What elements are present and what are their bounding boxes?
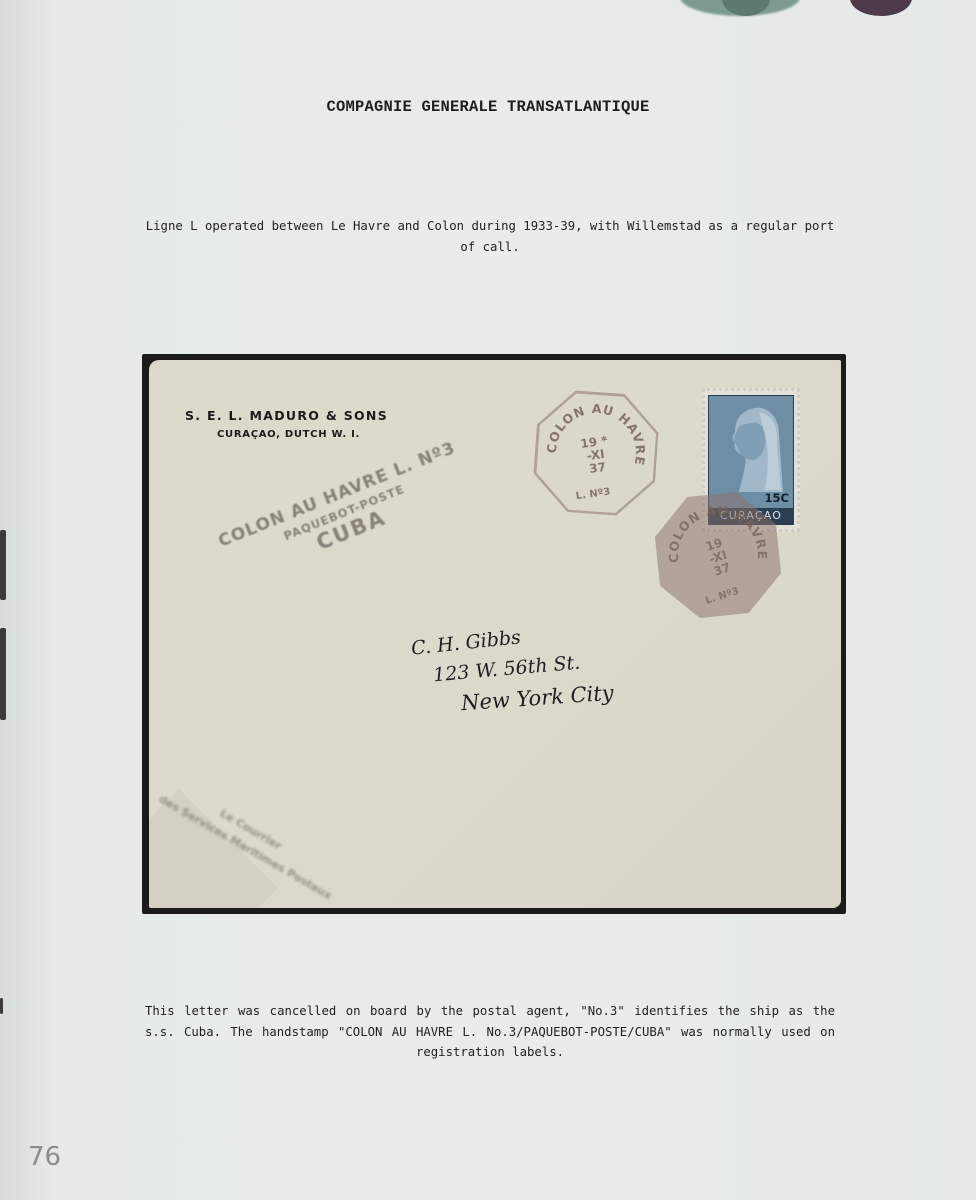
edge-mark bbox=[0, 530, 6, 600]
envelope-cover: S. E. L. MADURO & SONS CURAÇAO, DUTCH W.… bbox=[149, 360, 841, 908]
queen-portrait-icon bbox=[725, 404, 783, 492]
sender-address: CURAÇAO, DUTCH W. I. bbox=[217, 429, 360, 440]
paquebot-handstamp: COLON AU HAVRE L. Nº3 PAQUEBOT-POSTE CUB… bbox=[188, 404, 517, 661]
edge-mark bbox=[0, 998, 3, 1014]
edge-mark bbox=[0, 628, 6, 720]
description-text: This letter was cancelled on board by th… bbox=[145, 1001, 835, 1063]
page-number: 76 bbox=[28, 1142, 61, 1172]
octagonal-postmark: COLON AU HAVRE 19 * -XI 37 L. Nº3 bbox=[531, 388, 661, 518]
page-title: COMPAGNIE GENERALE TRANSATLANTIQUE bbox=[0, 98, 976, 116]
recipient-name: C. H. Gibbs bbox=[410, 626, 522, 659]
intro-text: Ligne L operated between Le Havre and Co… bbox=[145, 216, 835, 257]
recipient-city: New York City bbox=[460, 681, 614, 716]
sender-name: S. E. L. MADURO & SONS bbox=[185, 408, 388, 423]
recipient-street: 123 W. 56th St. bbox=[432, 652, 581, 687]
handstamp-line-2: PAQUEBOT-POSTE bbox=[207, 452, 481, 574]
stamp-value: 15C bbox=[765, 491, 789, 505]
